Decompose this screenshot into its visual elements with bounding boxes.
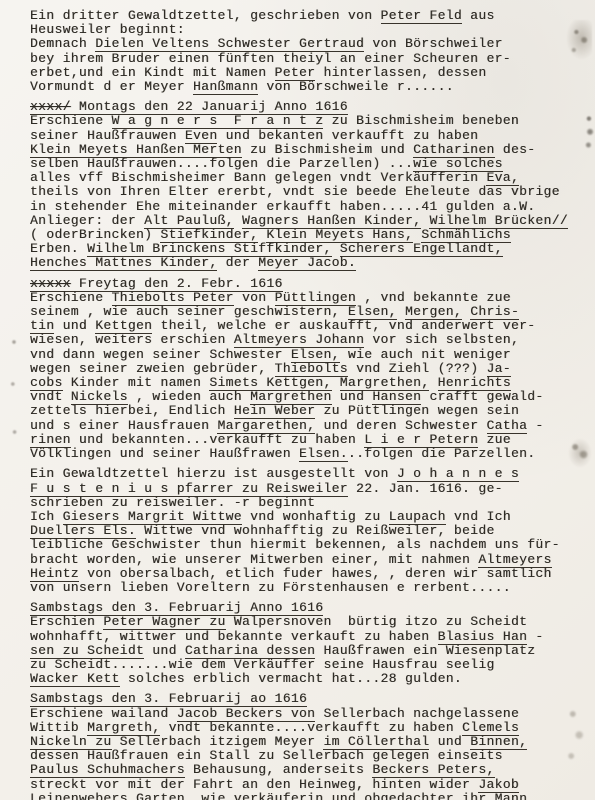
text-segment: dessen Haußfrauen ein Stall zu Sellerbac… [30,748,503,763]
text-segment: , wieden auch [128,389,250,404]
text-line: seiner Haußfrauwen Even und bekanten ver… [30,129,589,143]
text-segment: von Börschweile r...... [258,79,454,94]
section-heading: xxxx/ Montags den 22 Januarij Anno 1616 [30,100,589,114]
text-line: Nickeln zu Sellerbach itzigem Meyer im C… [30,735,589,749]
text-segment: zu Bischmisheim beneben [323,113,519,128]
paragraph: Ein Gewaldtzettel hierzu ist ausgestellt… [30,467,589,510]
text-line: theils von Ihren Elter ererbt, vndt sie … [30,185,589,199]
text-line: selben Haußfrauwen....folgen die Parzell… [30,157,589,171]
text-segment [429,375,437,390]
text-line: ( oderBrincken) Stiefkinder, Klein Meyet… [30,228,589,242]
text-segment: zu Bischmisheim und [242,142,413,157]
text-segment: vndt bekannte....verkaufft zu haben [160,720,462,735]
text-line: Sambstags den 3. Februarij Anno 1616 [30,601,589,615]
text-segment [332,241,340,256]
paragraph: Erschiene Thiebolts Peter von Püttlingen… [30,291,589,461]
text-line: schrieben zu reisweiler. -r beginnt [30,496,589,510]
text-segment: Sellerbach nachgelassene [315,706,519,721]
text-segment: Erschiene [30,113,112,128]
text-line: und s einer Hausfrauen Margarethen, und … [30,419,589,433]
text-segment: crafft gewald- [421,389,543,404]
text-segment: seiner Haußfrauwen [30,128,185,143]
text-segment: von Börschweiler [364,36,503,51]
text-segment: und [429,734,470,749]
text-line: Leinenwebers Garten, wie verkäuferin und… [30,792,589,800]
text-segment: zettels hierbei, Endlich [30,403,234,418]
text-line: vndt Nickels , wieden auch Margrethen un… [30,390,589,404]
text-segment: selben Haußfrauwen....folgen die Parzell… [30,156,413,171]
text-segment: wegen seiner zweien gebrüder, [30,361,275,376]
text-segment: von obersalbach, etlich fuder hawes, , d… [79,566,552,581]
text-segment: und bekanten verkaufft zu haben [217,128,478,143]
text-line: seinem , wie auch seiner geschwistern, E… [30,305,589,319]
text-segment: Erschiene [30,290,112,305]
text-segment: in stehender Ehe miteinander erkaufft ha… [30,199,535,214]
section-heading: Sambstags den 3. Februarij Anno 1616 [30,601,589,615]
text-segment: vnd dann wegen seiner Schwester [30,347,291,362]
text-segment: Walpersnoven bürtig itzo zu Scheidt [226,614,528,629]
text-line: von unsern lieben Voreltern zu Förstenha… [30,581,589,595]
text-segment: und [144,643,185,658]
text-line: Klein Meyets Hanßen Merten zu Bischmishe… [30,143,589,157]
text-segment: Demnach [30,36,95,51]
text-segment: Vormundt d er Meyer [30,79,193,94]
text-line: xxxxx Freytag den 2. Febr. 1616 [30,277,589,291]
text-segment: Wittib [30,720,87,735]
text-segment: und [54,318,95,333]
text-line: wohnhafft, wittwer und bekannte verkauft… [30,630,589,644]
text-segment: Erben. [30,241,87,256]
text-line: bey ihrem Bruder einen fünften theiyl an… [30,52,589,66]
text-segment: - [527,629,543,644]
text-segment: wiesen, weiters erschien [30,332,234,347]
text-segment: alles vff Bischmisheimer Bann gelegen vn… [30,170,486,185]
text-line: rinen und bekannten...verkaufft zu haben… [30,433,589,447]
paragraph: Erschien Peter Wagner zu Walpersnoven bü… [30,615,589,686]
text-line: vnd dann wegen seiner Schwester Elsen, w… [30,348,589,362]
text-segment: Garten, wie verkäuferin und obgedachter … [128,791,527,800]
text-segment: Völklingen und seiner Haußfrawen [30,446,299,461]
text-line: xxxx/ Montags den 22 Januarij Anno 1616 [30,100,589,114]
text-line: zu Scheidt.......wie dem Verkäuffer sein… [30,658,589,672]
text-line: Erschiene W a g n e r s F r a n t z zu B… [30,114,589,128]
text-segment: schrieben zu reisweiler. -r beginnt [30,495,315,510]
text-segment: seinem , wie auch seiner geschwistern, [30,304,348,319]
underlined-text: Henches Mattnes Kinder, [30,255,217,271]
text-segment: zu Scheidt.......wie dem Verkäuffer sein… [30,657,495,672]
text-segment: Kinder mit namen [63,375,210,390]
text-segment: und bekannten...verkaufft zu haben [71,432,364,447]
paragraph: Ein dritter Gewaldtzettel, geschrieben v… [30,9,589,94]
text-line: Henches Mattnes Kinder, der Meyer Jacob. [30,256,589,270]
paragraph: Erschiene wailand Jacob Beckers von Sell… [30,707,589,800]
underlined-text: Peter Feld [381,8,463,24]
text-line: bracht worden, wie unserer Mitwerben ein… [30,553,589,567]
text-segment: ( oderBrincken) [30,227,160,242]
text-segment: Haußfrawen ein Wiesenplatz [315,643,535,658]
text-segment: vnd Ich [446,509,511,524]
text-segment: zue [478,432,511,447]
text-segment: Behausung, anderseits [185,762,372,777]
text-line: sen zu Scheidt und Catharina dessen Hauß… [30,644,589,658]
text-line: F u s t e n i u s pfarrer zu Reisweiler … [30,482,589,496]
text-segment: bracht worden, wie unserer Mitwerben ein… [30,552,478,567]
text-segment: solches erblich vermacht hat...28 gulden… [120,671,462,686]
text-line: Demnach Dielen Veltens Schwester Gertrau… [30,37,589,51]
text-line: Erschiene wailand Jacob Beckers von Sell… [30,707,589,721]
text-line: Duellers Els. Wittwe vnd wohnhafftig zu … [30,524,589,538]
text-line: Erben. Wilhelm Brinckens Stiffkinder, Sc… [30,242,589,256]
text-segment: hinterlassen, dessen [315,65,486,80]
text-line: Erschiene Thiebolts Peter von Püttlingen… [30,291,589,305]
text-line: Heusweiler beginnt: [30,23,589,37]
text-line: leibliche Geschwister thun hiermit beken… [30,538,589,552]
text-segment: bey ihrem Bruder einen fünften theiyl an… [30,51,511,66]
section-heading: xxxxx Freytag den 2. Febr. 1616 [30,277,589,291]
text-line: Heintz von obersalbach, etlich fuder haw… [30,567,589,581]
text-segment: Ein dritter Gewaldtzettel, geschrieben v… [30,8,381,23]
text-segment: , vnd bekannte zue [356,290,511,305]
text-segment: Ein Gewaldtzettel hierzu ist ausgestellt… [30,466,397,481]
underlined-text: Meyer Jacob. [258,255,356,271]
text-line: Wacker Kett solches erblich vermacht hat… [30,672,589,686]
text-segment: Erschiene wailand [30,706,177,721]
text-line: Ein dritter Gewaldtzettel, geschrieben v… [30,9,589,23]
text-segment: und deren Schwester [315,418,486,433]
text-segment: 22. Jan. 1616. ge- [348,481,503,496]
text-segment [332,375,340,390]
text-segment: wohnhafft, wittwer und bekannte verkauft… [30,629,438,644]
text-segment [234,213,242,228]
text-line: Ein Gewaldtzettel hierzu ist ausgestellt… [30,467,589,481]
text-line: Paulus Schuhmachers Behausung, anderseit… [30,763,589,777]
text-line: erbet,und ein Kindt mit Namen Peter hint… [30,66,589,80]
text-segment [462,304,470,319]
text-segment: Ich [30,509,63,524]
text-segment: Wittwe vnd wohnhafftig zu Reißweiler, be… [136,523,495,538]
text-line: Wittib Margreth, vndt bekannte....verkau… [30,721,589,735]
underlined-text: Scherers Engellandt, [340,241,503,257]
text-segment: der [217,255,258,270]
text-segment: vndt [30,389,71,404]
text-segment: Erschien [30,614,103,629]
text-line: alles vff Bischmisheimer Bann gelegen vn… [30,171,589,185]
text-segment [397,304,405,319]
text-line: cobs Kinder mit namen Simets Kettgen, Ma… [30,376,589,390]
text-segment: theils von Ihren Elter ererbt, vndt sie … [30,184,560,199]
text-line: wegen seiner zweien gebrüder, Thiebolts … [30,362,589,376]
text-segment: aus [462,8,495,23]
text-segment: Heusweiler beginnt: [30,22,185,37]
text-segment: von unsern lieben Voreltern zu Förstenha… [30,580,511,595]
underlined-text: Wacker Kett [30,671,120,687]
text-segment: und s einer Hausfrauen [30,418,217,433]
typewritten-page: Ein dritter Gewaldtzettel, geschrieben v… [0,0,595,800]
text-segment: Anlieger: der [30,213,144,228]
text-line: dessen Haußfrauen ein Stall zu Sellerbac… [30,749,589,763]
text-line: in stehender Ehe miteinander erkaufft ha… [30,200,589,214]
text-segment: streckt vor mit der Fahrt an den Heinweg… [30,777,478,792]
text-line: Ich Giesers Margrit Wittwe vnd wonhaftig… [30,510,589,524]
text-segment: von [234,290,275,305]
text-segment: und [332,389,373,404]
text-segment: des- [495,142,536,157]
text-line: Vormundt d er Meyer Hanßmann von Börschw… [30,80,589,94]
underlined-text: Hanßmann [193,79,258,95]
text-segment: zu Püttlingen wegen sein [315,403,519,418]
text-line: wiesen, weiters erschien Altmeyers Johan… [30,333,589,347]
scan-smudge [8,330,20,450]
text-segment: erbet,und ein Kindt mit Namen [30,65,275,80]
text-line: Erschien Peter Wagner zu Walpersnoven bü… [30,615,589,629]
text-line: Anlieger: der Alt Pauluß, Wagners Hanßen… [30,214,589,228]
text-line: streckt vor mit der Fahrt an den Heinweg… [30,778,589,792]
underlined-text: Elsen. [299,446,348,462]
paragraph: Ich Giesers Margrit Wittwe vnd wonhaftig… [30,510,589,595]
text-line: zettels hierbei, Endlich Hein Weber zu P… [30,404,589,418]
text-line: Sambstags den 3. Februarij ao 1616 [30,692,589,706]
text-segment: vnd Ziehl (???) [348,361,487,376]
text-segment: vor sich selbsten, [364,332,519,347]
text-segment: - [527,418,543,433]
text-line: tin und Kettgen theil, welche er auskauf… [30,319,589,333]
text-segment: vnd wonhaftig zu [242,509,389,524]
text-segment: wie auch nit weniger [340,347,511,362]
text-segment: ..folgen die Parzellen. [348,446,535,461]
section-heading: Sambstags den 3. Februarij ao 1616 [30,692,589,706]
paragraph: Erschiene W a g n e r s F r a n t z zu B… [30,114,589,270]
document-body: Ein dritter Gewaldtzettel, geschrieben v… [30,9,589,800]
underlined-text: Leinenwebers [30,791,128,800]
text-segment: leibliche Geschwister thun hiermit beken… [30,537,560,552]
text-line: Völklingen und seiner Haußfrawen Elsen..… [30,447,589,461]
text-segment: Sellerbach itzigem Meyer [112,734,324,749]
text-segment: theil, welche er auskaufft, vnd anderwer… [152,318,535,333]
